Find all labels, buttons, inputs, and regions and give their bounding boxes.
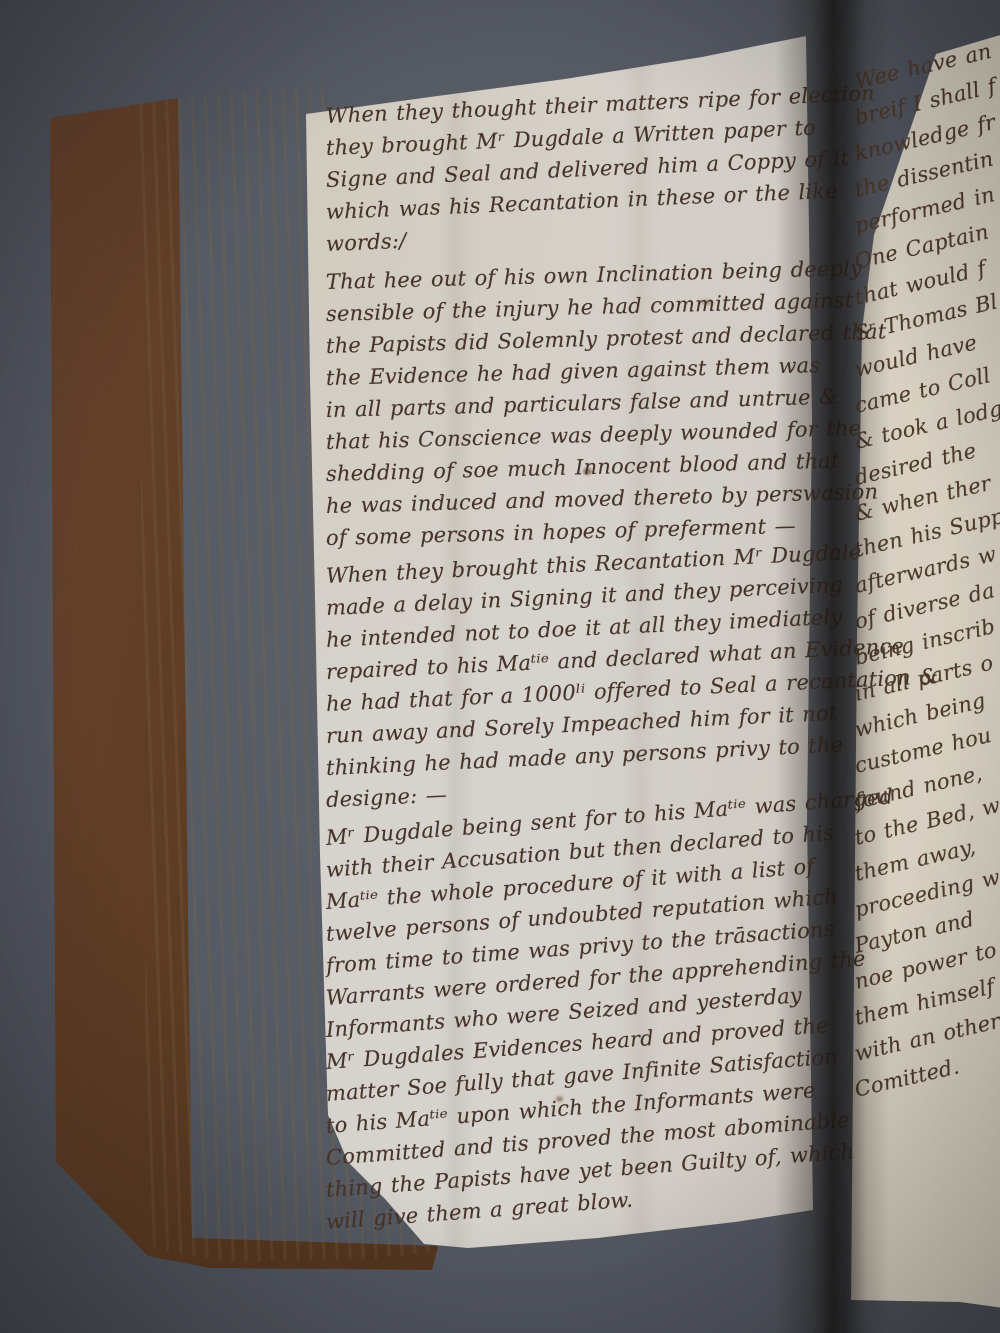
right-page-text: Wee have anbreif I shall fknowledge frth… — [855, 64, 1000, 1108]
left-page-text: When they thought their matters ripe for… — [326, 100, 812, 1244]
paragraph: Mʳ Dugdale being sent for to his Maᵗⁱᵉ w… — [326, 822, 812, 1238]
paragraph: When they brought this Recantation Mʳ Du… — [326, 560, 812, 816]
manuscript-photo: When they thought their matters ripe for… — [0, 0, 1000, 1333]
paragraph: That hee out of his own Inclination bein… — [326, 266, 812, 554]
paragraph: When they thought their matters ripe for… — [326, 100, 812, 260]
